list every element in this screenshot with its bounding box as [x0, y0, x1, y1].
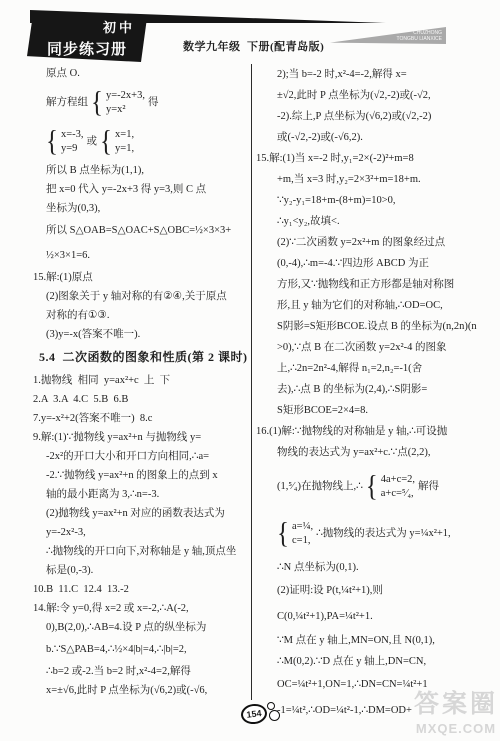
text-line: 2.A 3.A 4.C 5.B 6.B: [33, 390, 251, 409]
text-line: ∵y₂-y₁=18+m-(8+m)=10>0,: [256, 190, 496, 211]
text-line: 或(-√2,-2)或(-√6,2).: [256, 127, 496, 148]
text-line: 16.(1)解:∵抛物线的对称轴是 y 轴,∴可设抛: [256, 421, 496, 442]
text-line: C(0,¼t²+1),PA=¼t²+1.: [256, 604, 496, 630]
text-line: 物线的表达式为 y=ax²+c.∵点(2,2),: [256, 442, 496, 463]
text-line: (2)∵二次函数 y=2x²+m 的图象经过点: [256, 232, 496, 253]
text-line: 形,且 y 轴为它们的对称轴,∴OD=OC,: [256, 295, 496, 316]
decorative-ring-small: [267, 702, 275, 710]
text-line: 所以 S△OAB=S△OAC+S△OBC=½×3×3+: [33, 218, 251, 243]
equation-stack: y=-2x+3,y=x²: [106, 89, 145, 117]
text-segment: 解方程组: [46, 93, 88, 112]
text-line: >0),∵点 B 在二次函数 y=2x²-4 的图象: [256, 337, 496, 358]
system-brace: {: [100, 127, 112, 157]
text-line: S矩形BCOE=2×4=8.: [256, 400, 496, 421]
badge-line2: TONGBU LIANXICE: [397, 36, 442, 42]
text-line: 10.B 11.C 12.4 13.-2: [33, 580, 251, 599]
text-line: (0,-4),∴m=-4.∵四边形 ABCD 为正: [256, 253, 496, 274]
text-line: -2).综上,P 点坐标为(√6,2)或(√2,-2): [256, 106, 496, 127]
text-line: ∴y₁<y₂,故填<.: [256, 211, 496, 232]
text-segment: (1,⁵⁄₄)在抛物线上,∴: [277, 476, 363, 497]
scanned-answer-page: 初中 同步练习册 数学九年级 下册(配青岛版) CHUZHONG TONGBU …: [0, 0, 500, 741]
text-line: -2.∵抛物线 y=ax²+n 的图象上的点到 x: [33, 466, 251, 485]
text-line: 15.解:(1)当 x=-2 时,y₁=2×(-2)²+m=8: [256, 148, 496, 169]
page-number: 154: [240, 702, 268, 725]
system-brace: {: [277, 519, 289, 549]
text-line: ∴M(0,2).∵D 点在 y 轴上,DN=CN,: [256, 651, 496, 672]
text-line: b.∵S△PAB=4,∴½×4|b|=4,∴|b|=2,: [33, 637, 251, 662]
text-line: ∴抛物线的开口向下,对称轴是 y 轴,顶点坐: [33, 542, 251, 561]
text-line: 方形,又∵抛物线和正方形都是轴对称图: [256, 274, 496, 295]
text-line: 坐标为(0,3),: [33, 199, 251, 218]
text-line: 解方程组{y=-2x+3,y=x²得: [33, 83, 251, 122]
text-line: S阴影=S矩形BCOE.设点 B 的坐标为(n,2n)(n: [256, 316, 496, 337]
logo-title-line2: 同步练习册: [27, 38, 147, 59]
text-line: ∴b=2 或-2.当 b=2 时,x²-4=2,解得: [33, 662, 251, 681]
decorative-ring-large: [269, 710, 280, 721]
text-line: 14.解:令 y=0,得 x=2 或 x=-2,∴A(-2,: [33, 599, 251, 618]
text-line: 1.抛物线 相同 y=ax²+c 上 下: [33, 371, 251, 390]
watermark: 答案圈 MXQE.COM: [414, 684, 498, 736]
system-brace: {: [366, 472, 378, 502]
equation-stack: a=¼,c=1,: [292, 520, 313, 548]
text-line: (3)y=-x(答案不唯一).: [33, 325, 251, 344]
text-line: 所以 B 点坐标为(1,1),: [33, 161, 251, 180]
left-column: 原点 O.解方程组{y=-2x+3,y=x²得{x=-3,y=9或{x=1,y=…: [33, 64, 251, 700]
text-line: ∴N 点坐标为(0,1).: [256, 557, 496, 578]
text-line: {x=-3,y=9或{x=1,y=1,: [33, 122, 251, 161]
text-line: 把 x=0 代入 y=-2x+3 得 y=3,则 C 点: [33, 180, 251, 199]
text-line: (1,⁵⁄₄)在抛物线上,∴{4a+c=2,a+c=⁵⁄₄,解得: [256, 463, 496, 510]
equation-stack: x=-3,y=9: [61, 128, 84, 156]
text-line: (2)抛物线 y=ax²+n 对应的函数表达式为: [33, 504, 251, 523]
text-line: x=±√6,此时 P 点坐标为(√6,2)或(-√6,: [33, 681, 251, 700]
text-line: -2x²的开口大小和开口方向相同,∴a=: [33, 447, 251, 466]
text-line: y=-2x²-3,: [33, 523, 251, 542]
text-line: 原点 O.: [33, 64, 251, 83]
equation-stack: 4a+c=2,a+c=⁵⁄₄,: [381, 473, 415, 501]
system-brace: {: [91, 88, 103, 118]
equation-stack: x=1,y=1,: [115, 128, 134, 156]
text-line: ±√2,此时 P 点坐标为(√2,-2)或(-√2,: [256, 85, 496, 106]
section-heading: 5.4 二次函数的图象和性质(第 2 课时): [33, 344, 251, 371]
text-line: 2);当 b=-2 时,x²-4=-2,解得 x=: [256, 64, 496, 85]
text-line: 15.解:(1)原点: [33, 268, 251, 287]
text-segment: ∴抛物线的表达式为 y=¼x²+1,: [316, 523, 451, 544]
column-divider: [251, 64, 252, 700]
text-line: ∵M 点在 y 轴上,MN=ON,且 N(0,1),: [256, 630, 496, 651]
publisher-badge: CHUZHONG TONGBU LIANXICE: [330, 27, 446, 44]
text-segment: 解得: [418, 476, 439, 497]
text-line: +m,当 x=3 时,y₂=2×3²+m=18+m.: [256, 169, 496, 190]
text-line: 9.解:(1)∵抛物线 y=ax²+n 与抛物线 y=: [33, 428, 251, 447]
text-line: (2)图象关于 y 轴对称的有②④,关于原点: [33, 287, 251, 306]
text-line: {a=¼,c=1,∴抛物线的表达式为 y=¼x²+1,: [256, 510, 496, 557]
text-line: 去),∴点 B 的坐标为(2,4),∴S阴影=: [256, 379, 496, 400]
text-line: ½×3×1=6.: [33, 243, 251, 268]
watermark-text: 答案圈: [414, 684, 498, 720]
book-logo: 初中 同步练习册: [27, 13, 147, 62]
text-segment: 或: [87, 132, 98, 151]
text-segment: 得: [148, 93, 159, 112]
text-line: 轴的最小距离为 3,∴n=-3.: [33, 485, 251, 504]
text-line: 0),B(2,0),∴AB=4.设 P 点的纵坐标为: [33, 618, 251, 637]
text-line: 标是(0,-3).: [33, 561, 251, 580]
right-column: 2);当 b=-2 时,x²-4=-2,解得 x=±√2,此时 P 点坐标为(√…: [256, 64, 496, 724]
page-title: 数学九年级 下册(配青岛版): [183, 38, 324, 54]
text-line: 7.y=-x²+2(答案不唯一) 8.c: [33, 409, 251, 428]
page-number-badge: 154: [241, 701, 283, 729]
watermark-site: MXQE.COM: [414, 721, 498, 736]
text-line: 对称的有①③.: [33, 306, 251, 325]
text-line: (2)证明:设 P(t,¼t²+1),则: [256, 578, 496, 604]
system-brace: {: [46, 127, 58, 157]
text-line: 上,∴2n=2n²-4,解得 n₁=2,n₂=-1(舍: [256, 358, 496, 379]
